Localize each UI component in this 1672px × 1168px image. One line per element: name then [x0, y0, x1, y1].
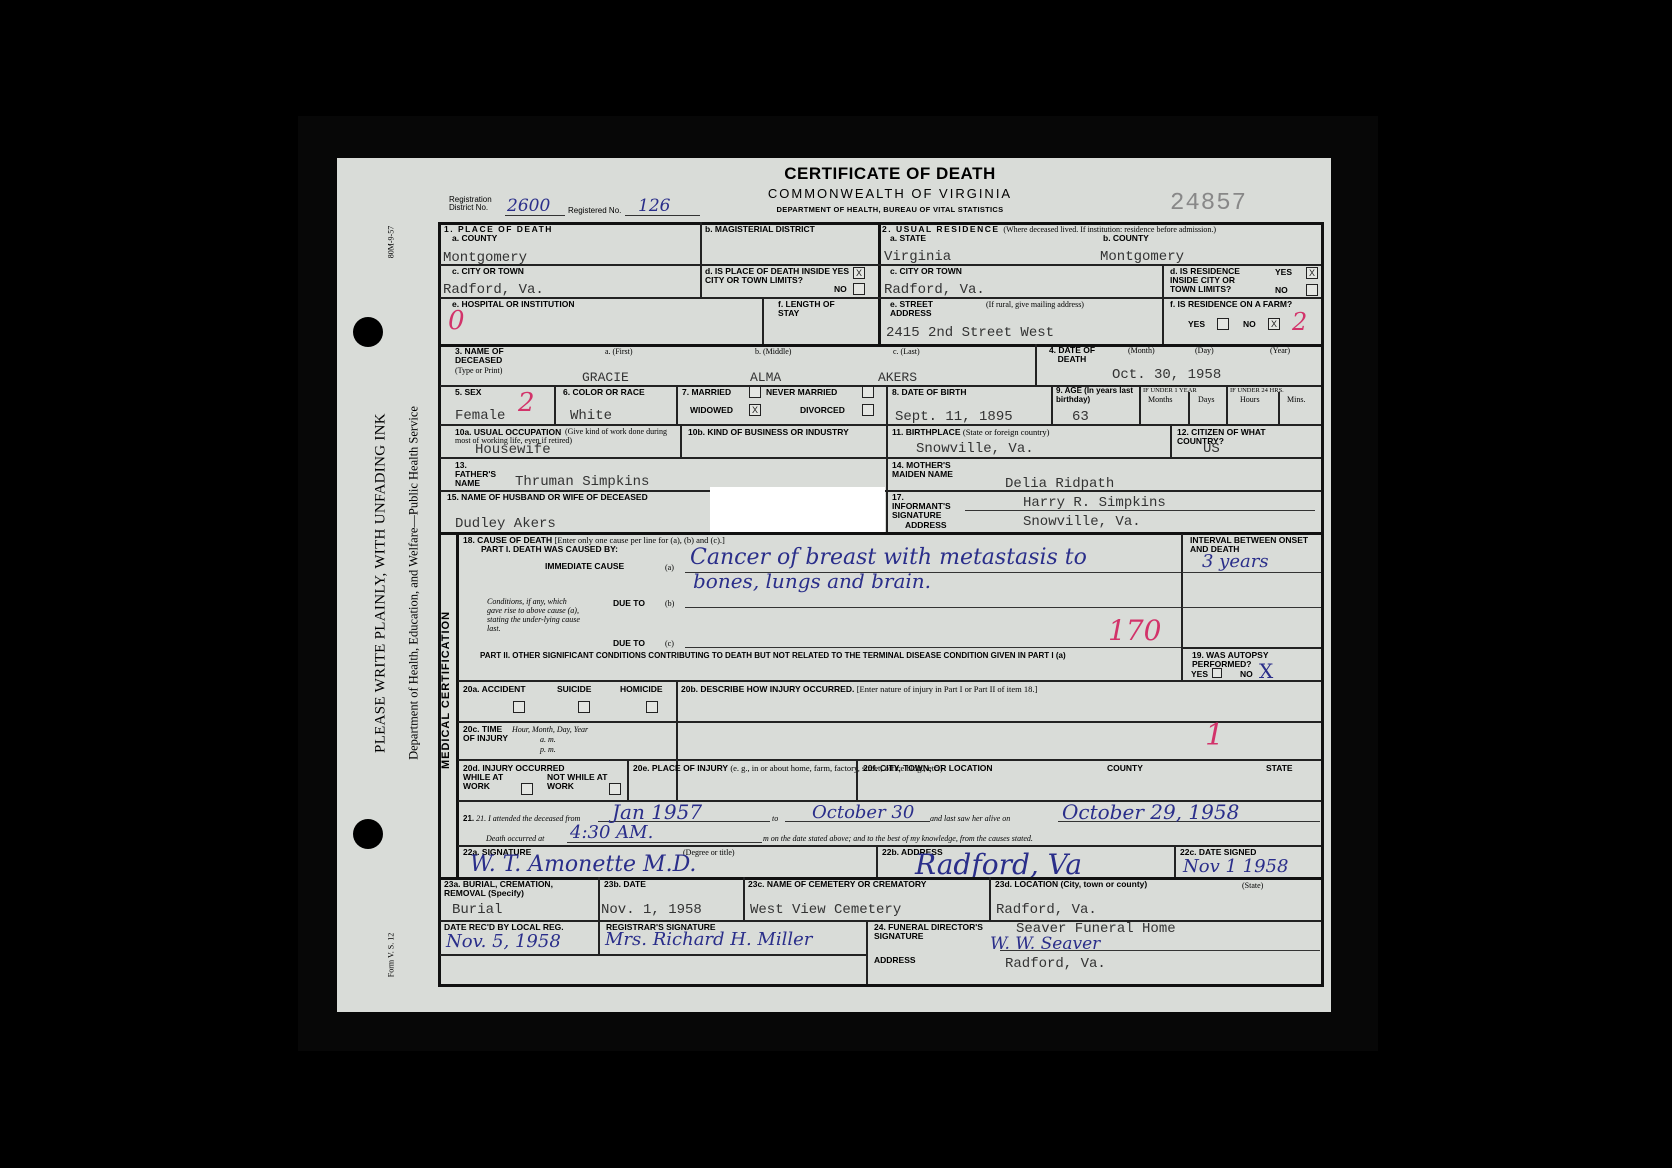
- dob-label: 8. DATE OF BIRTH: [892, 388, 966, 397]
- registrar-signature: Mrs. Richard H. Miller: [605, 929, 812, 950]
- row-line-5: [440, 424, 1321, 426]
- divider-20e: [627, 759, 629, 800]
- burial-date-label: 23b. DATE: [604, 880, 646, 889]
- divider-stay: [762, 297, 764, 346]
- spouse-label: 15. NAME OF HUSBAND OR WIFE OF DECEASED: [447, 493, 648, 502]
- immediate-cause-line2: bones, lungs and brain.: [693, 569, 931, 593]
- last-label: c. (Last): [893, 347, 920, 356]
- describe-note: [Enter nature of injury in Part I or Par…: [857, 684, 1038, 694]
- date-signed-value: Nov 1 1958: [1183, 856, 1288, 877]
- divider-23d: [989, 877, 991, 921]
- never-married-checkbox[interactable]: [862, 386, 874, 398]
- divider-injury-type: [676, 680, 678, 800]
- registration-district-label: Registration District No.: [449, 196, 505, 212]
- autopsy-no-label: NO: [1240, 670, 1253, 679]
- divider-sex: [554, 385, 556, 425]
- dod-label: 4. DATE OF DEATH: [1047, 346, 1097, 364]
- form-code: 80M-9-57: [387, 226, 396, 258]
- name-note: (Type or Print): [455, 366, 502, 375]
- inside-limits-no-checkbox[interactable]: [853, 283, 865, 295]
- inside-limits-label: d. IS PLACE OF DEATH INSIDE CITY OR TOWN…: [705, 267, 830, 285]
- agency-text: Department of Health, Education, and Wel…: [407, 406, 422, 760]
- farm-no-checkbox[interactable]: X: [1268, 318, 1280, 330]
- row-line-11: [458, 759, 1321, 761]
- row-line-9: [458, 680, 1321, 682]
- year-label: (Year): [1270, 346, 1290, 355]
- city-value: Radford, Va.: [443, 282, 544, 298]
- day-label: (Day): [1195, 346, 1214, 355]
- occurred-note: m on the date stated above; and to the b…: [763, 834, 1033, 843]
- not-while-work-checkbox[interactable]: [609, 783, 621, 795]
- not-while-work-label: NOT WHILE AT WORK: [547, 773, 609, 791]
- divider-race: [676, 385, 678, 425]
- business-label: 10b. KIND OF BUSINESS OR INDUSTRY: [688, 428, 849, 437]
- days-label: Days: [1198, 395, 1214, 404]
- autopsy-yes-checkbox[interactable]: [1212, 668, 1222, 678]
- registered-underline: [625, 215, 700, 216]
- widowed-label: WIDOWED: [690, 406, 733, 415]
- cause-code-mark: 170: [1108, 614, 1161, 647]
- injury-county-label: COUNTY: [1107, 764, 1143, 773]
- divider-1-2: [878, 222, 881, 346]
- res-inside-limits-label: d. IS RESIDENCE INSIDE CITY OR TOWN LIMI…: [1170, 267, 1258, 294]
- usual-residence-label: 2. USUAL RESIDENCE (Where deceased lived…: [882, 225, 1216, 234]
- res-no-label: NO: [1275, 286, 1288, 295]
- divider-1: [700, 222, 702, 298]
- never-married-label: NEVER MARRIED: [766, 388, 837, 397]
- sex-mark: 2: [518, 388, 535, 418]
- race-label: 6. COLOR OR RACE: [563, 388, 645, 397]
- injury-state-label: STATE: [1266, 764, 1293, 773]
- funeral-director-signature: W. W. Seaver: [990, 934, 1100, 954]
- divider-22b: [876, 845, 878, 878]
- frame-left: [438, 222, 441, 986]
- informant-value: Harry R. Simpkins: [1023, 495, 1166, 511]
- homicide-label: HOMICIDE: [620, 685, 663, 694]
- race-value: White: [570, 408, 612, 424]
- a-label: (a): [665, 563, 674, 572]
- dob-value: Sept. 11, 1895: [895, 409, 1013, 425]
- father-label: 13. FATHER'S NAME: [455, 461, 505, 488]
- sex-value: Female: [455, 408, 505, 424]
- am-label: a. m.: [540, 735, 556, 744]
- divider-funeral: [866, 920, 868, 984]
- divider-days: [1226, 385, 1228, 425]
- divider-hours: [1278, 392, 1280, 425]
- registered-no-label: Registered No.: [568, 206, 621, 215]
- medical-certification-label: MEDICAL CERTIFICATION: [440, 611, 452, 769]
- farm-yes-label: YES: [1188, 320, 1205, 329]
- funeral-address-label: ADDRESS: [874, 956, 916, 965]
- first-label: a. (First): [605, 347, 633, 356]
- interval-line-b: [1182, 607, 1321, 608]
- last-name: AKERS: [878, 370, 917, 385]
- informant-address-label: ADDRESS: [905, 521, 947, 530]
- punch-hole-bottom: [353, 819, 383, 849]
- row-line-16: [440, 954, 867, 956]
- burial-method-label: 23a. BURIAL, CREMATION, REMOVAL (Specify…: [444, 880, 554, 898]
- inside-limits-yes-checkbox[interactable]: X: [853, 267, 865, 279]
- physician-signature: W. T. Amonette M.D.: [470, 852, 696, 877]
- to-label: to: [772, 814, 778, 823]
- divider-parents: [886, 457, 888, 534]
- citizen-label: 12. CITIZEN OF WHAT COUNTRY?: [1177, 428, 1277, 446]
- farm-label: f. IS RESIDENCE ON A FARM?: [1170, 300, 1292, 309]
- form-name: Form V. S. 12: [387, 933, 396, 977]
- res-county-value: Montgomery: [1100, 249, 1184, 265]
- date-of-death: Oct. 30, 1958: [1112, 367, 1221, 383]
- homicide-checkbox[interactable]: [646, 701, 658, 713]
- spouse-value: Dudley Akers: [455, 516, 556, 532]
- divider-occupation: [680, 424, 682, 458]
- state-title: COMMONWEALTH OF VIRGINIA: [690, 186, 1090, 201]
- last-saw-value: October 29, 1958: [1062, 800, 1239, 824]
- county-value: Montgomery: [443, 250, 527, 266]
- immediate-label: IMMEDIATE CAUSE: [545, 562, 624, 571]
- location-label: 23d. LOCATION (City, town or county): [995, 880, 1147, 889]
- c-label: (c): [665, 639, 674, 648]
- name-label: 3. NAME OF DECEASED: [455, 347, 525, 365]
- attended-label: 21. 21. I attended the deceased from: [463, 814, 580, 823]
- injury-mark: 1: [1205, 718, 1224, 753]
- cause-c-line: [685, 647, 1181, 648]
- describe-label: 20b. DESCRIBE HOW INJURY OCCURRED. [Ente…: [681, 685, 1037, 694]
- divider-business: [886, 424, 888, 458]
- first-name: GRACIE: [582, 370, 629, 385]
- middle-label: b. (Middle): [755, 347, 791, 356]
- street-value: 2415 2nd Street West: [886, 325, 1054, 341]
- divider-23b: [598, 877, 600, 921]
- cause-b-line: [685, 607, 1181, 608]
- res-inside-yes-checkbox[interactable]: X: [1306, 267, 1318, 279]
- mother-label: 14. MOTHER'S MAIDEN NAME: [892, 461, 962, 479]
- middle-name: ALMA: [750, 370, 781, 385]
- married-checkbox[interactable]: [749, 386, 761, 398]
- inside-limits-yes-label: YES: [832, 267, 849, 276]
- informant-label: 17. INFORMANT'S SIGNATURE: [892, 493, 962, 520]
- farm-yes-checkbox[interactable]: [1217, 318, 1229, 330]
- divider-23c: [743, 877, 745, 921]
- father-value: Thruman Simpkins: [515, 474, 649, 490]
- res-state-label: a. STATE: [890, 234, 926, 243]
- divider-months: [1188, 392, 1190, 425]
- birthplace-note: (State or foreign country): [963, 427, 1050, 437]
- res-state-value: Virginia: [884, 249, 951, 265]
- farm-mark: 2: [1292, 308, 1307, 336]
- conditions-note: Conditions, if any, which gave rise to a…: [487, 597, 582, 633]
- divider-registrar: [598, 920, 600, 955]
- hospital-mark: 0: [448, 306, 465, 336]
- res-county-label: b. COUNTY: [1103, 234, 1149, 243]
- while-work-label: WHILE AT WORK: [463, 773, 511, 791]
- inside-limits-no-label: NO: [834, 285, 847, 294]
- county-label: a. COUNTY: [452, 234, 497, 243]
- under24-label: IF UNDER 24 HRS.: [1230, 386, 1284, 395]
- injury-city-label: 20f. CITY, TOWN, OR LOCATION: [863, 764, 993, 773]
- mins-label: Mins.: [1287, 395, 1305, 404]
- funeral-address-value: Radford, Va.: [1005, 956, 1106, 972]
- last-saw-label: and last saw her alive on: [930, 814, 1010, 823]
- accident-label: 20a. ACCIDENT: [463, 685, 526, 694]
- street-label: e. STREET ADDRESS: [890, 300, 950, 318]
- medcert-divider: [456, 534, 459, 878]
- cemetery-label: 23c. NAME OF CEMETERY OR CREMATORY: [748, 880, 926, 889]
- part2-label: PART II. OTHER SIGNIFICANT CONDITIONS CO…: [480, 651, 1170, 660]
- citizen-value: US: [1203, 441, 1220, 457]
- certificate-title: CERTIFICATE OF DEATH: [740, 164, 1040, 184]
- res-inside-no-checkbox[interactable]: [1306, 284, 1318, 296]
- magisterial-label: b. MAGISTERIAL DISTRICT: [705, 225, 815, 234]
- farm-no-label: NO: [1243, 320, 1256, 329]
- stay-label: f. LENGTH OF STAY: [778, 300, 858, 318]
- married-label: 7. MARRIED: [682, 388, 731, 397]
- occurred-label: Death occurred at: [486, 834, 544, 843]
- divider-age: [1139, 385, 1141, 425]
- suicide-label: SUICIDE: [557, 685, 591, 694]
- row-line-10: [458, 721, 1321, 723]
- registration-district-value: 2600: [507, 196, 550, 216]
- res-city-label: c. CITY OR TOWN: [890, 267, 962, 276]
- location-state-label: (State): [1242, 881, 1263, 890]
- pm-label: p. m.: [540, 745, 556, 754]
- due-to-c-label: DUE TO: [613, 639, 645, 648]
- months-label: Months: [1148, 395, 1172, 404]
- cemetery-value: West View Cemetery: [750, 902, 901, 918]
- birthplace-label: 11. BIRTHPLACE (State or foreign country…: [892, 428, 1050, 437]
- immediate-cause-line1: Cancer of breast with metastasis to: [690, 545, 1087, 570]
- divider-20f: [856, 759, 858, 800]
- divider-res-d: [1162, 264, 1164, 346]
- interval-line-a: [1182, 572, 1321, 573]
- redacted-region: [710, 487, 885, 533]
- city-label: c. CITY OR TOWN: [452, 267, 524, 276]
- row-line-6: [440, 457, 1321, 459]
- attended-to-value: October 30: [812, 802, 914, 823]
- informant-address: Snowville, Va.: [1023, 514, 1141, 530]
- divider-22c: [1174, 845, 1176, 878]
- divider-dod: [1035, 344, 1037, 386]
- widowed-checkbox[interactable]: X: [749, 404, 761, 416]
- department-title: DEPARTMENT OF HEALTH, BUREAU OF VITAL ST…: [690, 205, 1090, 214]
- res-city-value: Radford, Va.: [884, 282, 985, 298]
- rec-date-value: Nov. 5, 1958: [446, 931, 561, 952]
- b-label: (b): [665, 599, 674, 608]
- time-of-injury-label: 20c. TIME OF INJURY: [463, 725, 515, 743]
- while-work-checkbox[interactable]: [521, 783, 533, 795]
- location-value: Radford, Va.: [996, 902, 1097, 918]
- divider-birthplace: [1170, 424, 1172, 458]
- divorced-checkbox[interactable]: [862, 404, 874, 416]
- hospital-label: e. HOSPITAL OR INSTITUTION: [452, 300, 574, 309]
- interval-value: 3 years: [1202, 551, 1269, 572]
- burial-method-value: Burial: [452, 902, 502, 918]
- sex-label: 5. SEX: [455, 388, 481, 397]
- instruction-text: PLEASE WRITE PLAINLY, WITH UNFADING INK: [373, 413, 390, 753]
- punch-hole-top: [353, 317, 383, 347]
- divorced-label: DIVORCED: [800, 406, 845, 415]
- divider-dob: [1051, 385, 1053, 425]
- suicide-checkbox[interactable]: [578, 701, 590, 713]
- row-line-3: [440, 344, 1321, 347]
- registered-no-value: 126: [638, 196, 670, 216]
- under1-label: IF UNDER 1 YEAR: [1143, 386, 1197, 395]
- birthplace-value: Snowville, Va.: [916, 441, 1034, 457]
- attended-from-value: Jan 1957: [612, 800, 702, 824]
- row-line-part2: [1181, 647, 1321, 649]
- autopsy-label: 19. WAS AUTOPSY PERFORMED?: [1192, 651, 1302, 669]
- autopsy-yes-label: YES: [1191, 670, 1208, 679]
- occurred-time: 4:30 AM.: [570, 822, 653, 843]
- age-value: 63: [1072, 409, 1089, 425]
- certificate-number: 24857: [1170, 190, 1247, 217]
- district-underline: [505, 215, 565, 216]
- mother-value: Delia Ridpath: [1005, 476, 1114, 492]
- time-note: Hour, Month, Day, Year: [512, 725, 588, 734]
- month-label: (Month): [1128, 346, 1155, 355]
- street-note: (If rural, give mailing address): [986, 300, 1084, 309]
- age-label: 9. AGE (In years last birthday): [1056, 386, 1138, 404]
- due-to-b-label: DUE TO: [613, 599, 645, 608]
- burial-date-value: Nov. 1, 1958: [601, 902, 702, 918]
- hours-label: Hours: [1240, 395, 1260, 404]
- frame-bottom: [438, 984, 1324, 987]
- part1-label: PART I. DEATH WAS CAUSED BY:: [481, 545, 618, 554]
- occupation-value: Housewife: [475, 442, 551, 458]
- res-yes-label: YES: [1275, 268, 1292, 277]
- accident-checkbox[interactable]: [513, 701, 525, 713]
- frame-right: [1321, 222, 1324, 986]
- divider-marital: [886, 385, 888, 425]
